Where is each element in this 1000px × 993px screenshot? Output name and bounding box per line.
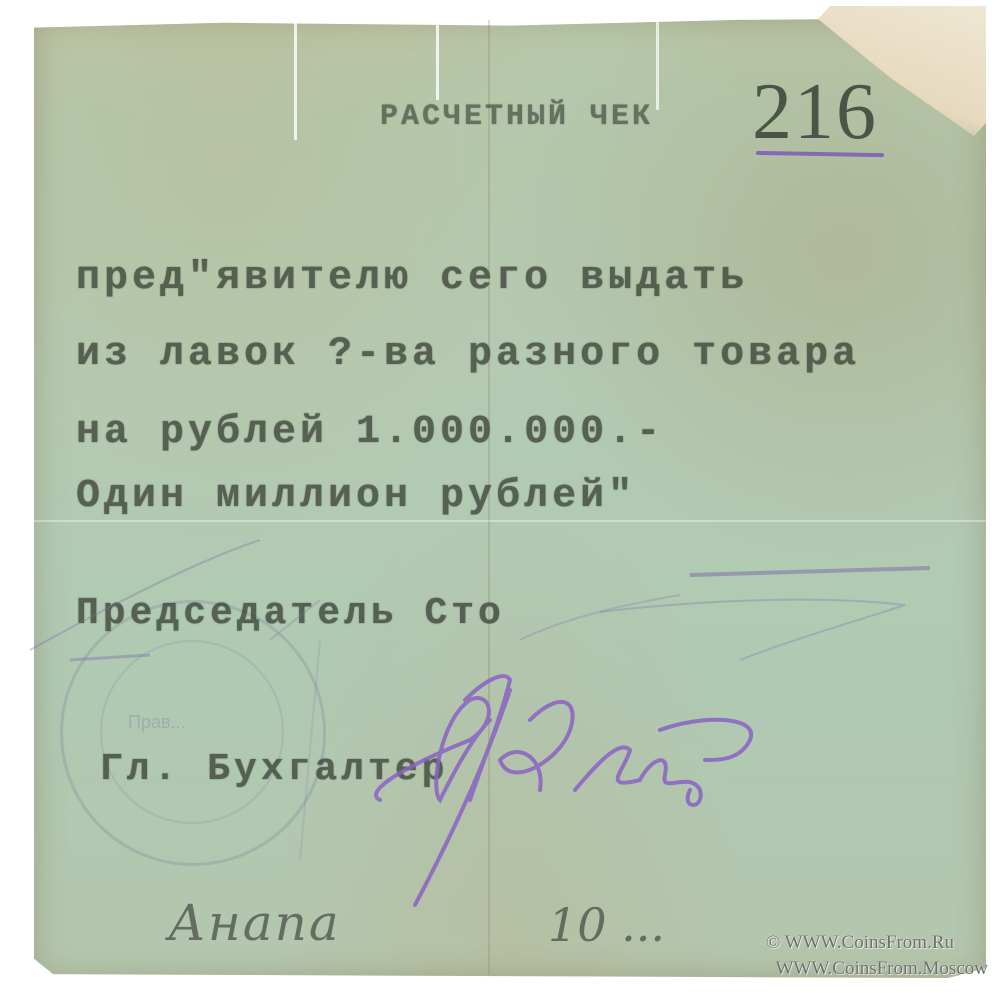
amount-words-line: Один миллион рублей" — [76, 474, 636, 519]
check-number: 216 — [752, 72, 878, 152]
watermark-line-2: WWW.CoinsFrom.Moscow — [775, 958, 988, 980]
body-line: пред"явителю сего выдать — [76, 256, 748, 301]
edge-tear — [656, 20, 659, 110]
watermark-line-1: © WWW.CoinsFrom.Ru — [766, 932, 954, 954]
fold-crease-horizontal — [34, 520, 986, 522]
chairman-label: Председатель Сто — [76, 592, 505, 635]
handwritten-date: 10 ... — [548, 898, 665, 952]
handwritten-place: Анапа — [168, 894, 341, 952]
stamp-text: Прав... — [128, 712, 186, 733]
edge-tear — [436, 20, 439, 100]
check-title: РАСЧЕТНЫЙ ЧЕК — [380, 100, 653, 134]
body-line: из лавок ?-ва разного товара — [76, 332, 860, 377]
edge-tear — [294, 20, 297, 140]
amount-line: на рублей 1.000.000.- — [76, 410, 664, 455]
accountant-label: Гл. Бухгалтер — [100, 748, 448, 791]
